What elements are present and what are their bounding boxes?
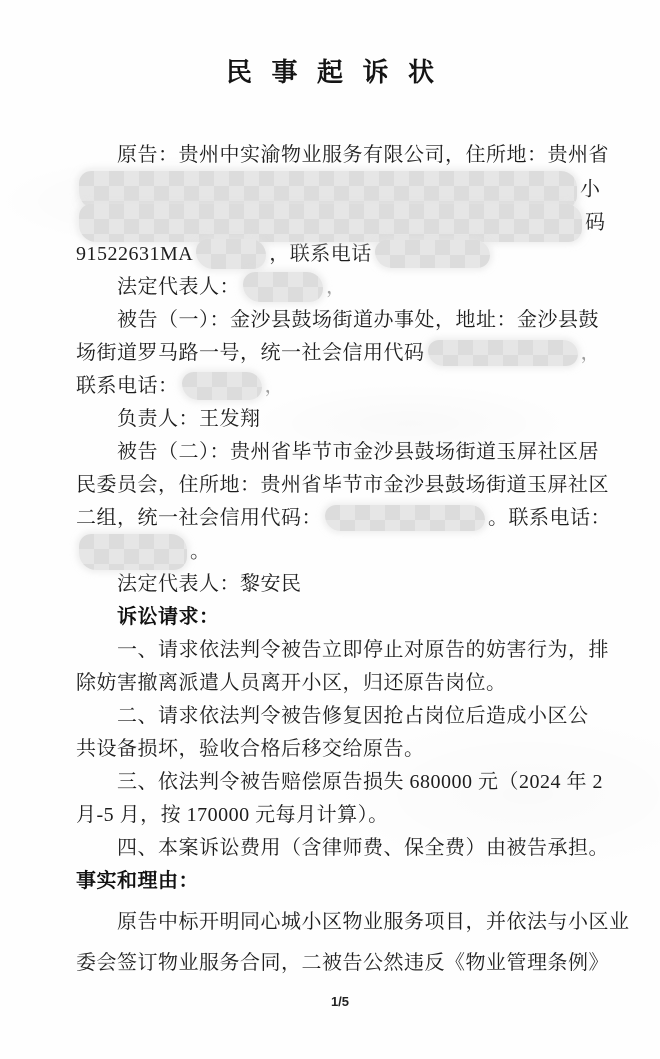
text-segment: ，联系电话 (269, 243, 372, 265)
text-segment: ， (265, 375, 286, 397)
redacted-text (182, 372, 262, 400)
redacted-text (325, 505, 485, 531)
text-segment: 法定代表人： (117, 276, 240, 298)
document-line: 原告中标开明同心城小区物业服务项目，并依法与小区业 (76, 906, 608, 939)
text-segment: 联系电话： (76, 375, 179, 397)
document-line: 小 (76, 172, 608, 205)
redacted-text (375, 240, 490, 268)
document-line: 场街道罗马路一号，统一社会信用代码， (76, 337, 608, 370)
text-segment: 原告：贵州中实渝物业服务有限公司，住所地：贵州省 (117, 144, 609, 166)
text-segment: 被告（一）：金沙县鼓场街道办事处，地址：金沙县鼓 (117, 309, 599, 331)
text-segment: 诉讼请求： (117, 606, 220, 628)
redacted-text (196, 239, 266, 269)
text-segment: 91522631MA (76, 243, 193, 265)
document-page: 民事起诉状 原告：贵州中实渝物业服务有限公司，住所地：贵州省小码91522631… (0, 0, 660, 1059)
document-line: 四、本案诉讼费用（含律师费、保全费）由被告承担。 (76, 832, 608, 865)
text-segment: 委会签订物业服务合同，二被告公然违反《物业管理条例》 (76, 952, 609, 974)
document-line: 负责人：王发翔 (76, 403, 608, 436)
text-segment: 原告中标开明同心城小区物业服务项目，并依法与小区业 (117, 911, 630, 933)
document-line: 。 (76, 535, 608, 568)
text-segment: 事实和理由： (76, 870, 199, 892)
text-segment: 月-5 月，按 170000 元每月计算）。 (76, 804, 389, 826)
document-line: 法定代表人：黎安民 (76, 568, 608, 601)
document-line: 原告：贵州中实渝物业服务有限公司，住所地：贵州省 (76, 139, 608, 172)
document-line: 民委员会，住所地：贵州省毕节市金沙县鼓场街道玉屏社区 (76, 469, 608, 502)
document-line: 二、请求依法判令被告修复因抢占岗位后造成小区公 (76, 700, 608, 733)
document-line: 码 (76, 205, 608, 238)
document-line: 被告（二）：贵州省毕节市金沙县鼓场街道玉屏社区居 (76, 436, 608, 469)
text-segment: 。联系电话： (488, 507, 611, 529)
document-line: 月-5 月，按 170000 元每月计算）。 (76, 799, 608, 832)
page-number: 1/5 (20, 994, 660, 1009)
text-segment: 二、请求依法判令被告修复因抢占岗位后造成小区公 (117, 705, 589, 727)
document-line: 除妨害撤离派遣人员离开小区，归还原告岗位。 (76, 667, 608, 700)
document-line: 法定代表人：， (76, 271, 608, 304)
text-segment: 码 (585, 212, 606, 234)
document-line: 事实和理由： (76, 865, 608, 898)
text-segment: 四、本案诉讼费用（含律师费、保全费）由被告承担。 (117, 837, 609, 859)
text-segment: 小 (580, 179, 601, 201)
redacted-text (79, 534, 187, 570)
document-line: 91522631MA，联系电话 (76, 238, 608, 271)
document-line: 诉讼请求： (76, 601, 608, 634)
text-segment: 场街道罗马路一号，统一社会信用代码 (76, 342, 425, 364)
redacted-text (79, 204, 582, 242)
document-line: 被告（一）：金沙县鼓场街道办事处，地址：金沙县鼓 (76, 304, 608, 337)
document-body: 原告：贵州中实渝物业服务有限公司，住所地：贵州省小码91522631MA，联系电… (76, 139, 608, 980)
text-segment: 民委员会，住所地：贵州省毕节市金沙县鼓场街道玉屏社区 (76, 474, 609, 496)
text-segment: 被告（二）：贵州省毕节市金沙县鼓场街道玉屏社区居 (117, 441, 599, 463)
document-title: 民事起诉状 (0, 0, 660, 89)
document-line: 三、依法判令被告赔偿原告损失 680000 元（2024 年 2 (76, 766, 608, 799)
text-segment: 三、依法判令被告赔偿原告损失 680000 元（2024 年 2 (117, 771, 603, 793)
text-segment: 法定代表人：黎安民 (117, 573, 302, 595)
document-line: 联系电话：， (76, 370, 608, 403)
redacted-text (428, 340, 578, 366)
text-segment: 除妨害撤离派遣人员离开小区，归还原告岗位。 (76, 672, 507, 694)
text-segment: ， (326, 276, 347, 298)
document-line: 共设备损坏，验收合格后移交给原告。 (76, 733, 608, 766)
text-segment: 负责人：王发翔 (117, 408, 261, 430)
text-segment: 一、请求依法判令被告立即停止对原告的妨害行为，排 (117, 639, 609, 661)
text-segment: ， (581, 342, 602, 364)
redacted-text (243, 272, 323, 302)
document-line: 二组，统一社会信用代码：。联系电话： (76, 502, 608, 535)
text-segment: 二组，统一社会信用代码： (76, 507, 322, 529)
document-line: 委会签订物业服务合同，二被告公然违反《物业管理条例》 (76, 947, 608, 980)
text-segment: 共设备损坏，验收合格后移交给原告。 (76, 738, 425, 760)
document-line: 一、请求依法判令被告立即停止对原告的妨害行为，排 (76, 634, 608, 667)
text-segment: 。 (190, 541, 211, 563)
